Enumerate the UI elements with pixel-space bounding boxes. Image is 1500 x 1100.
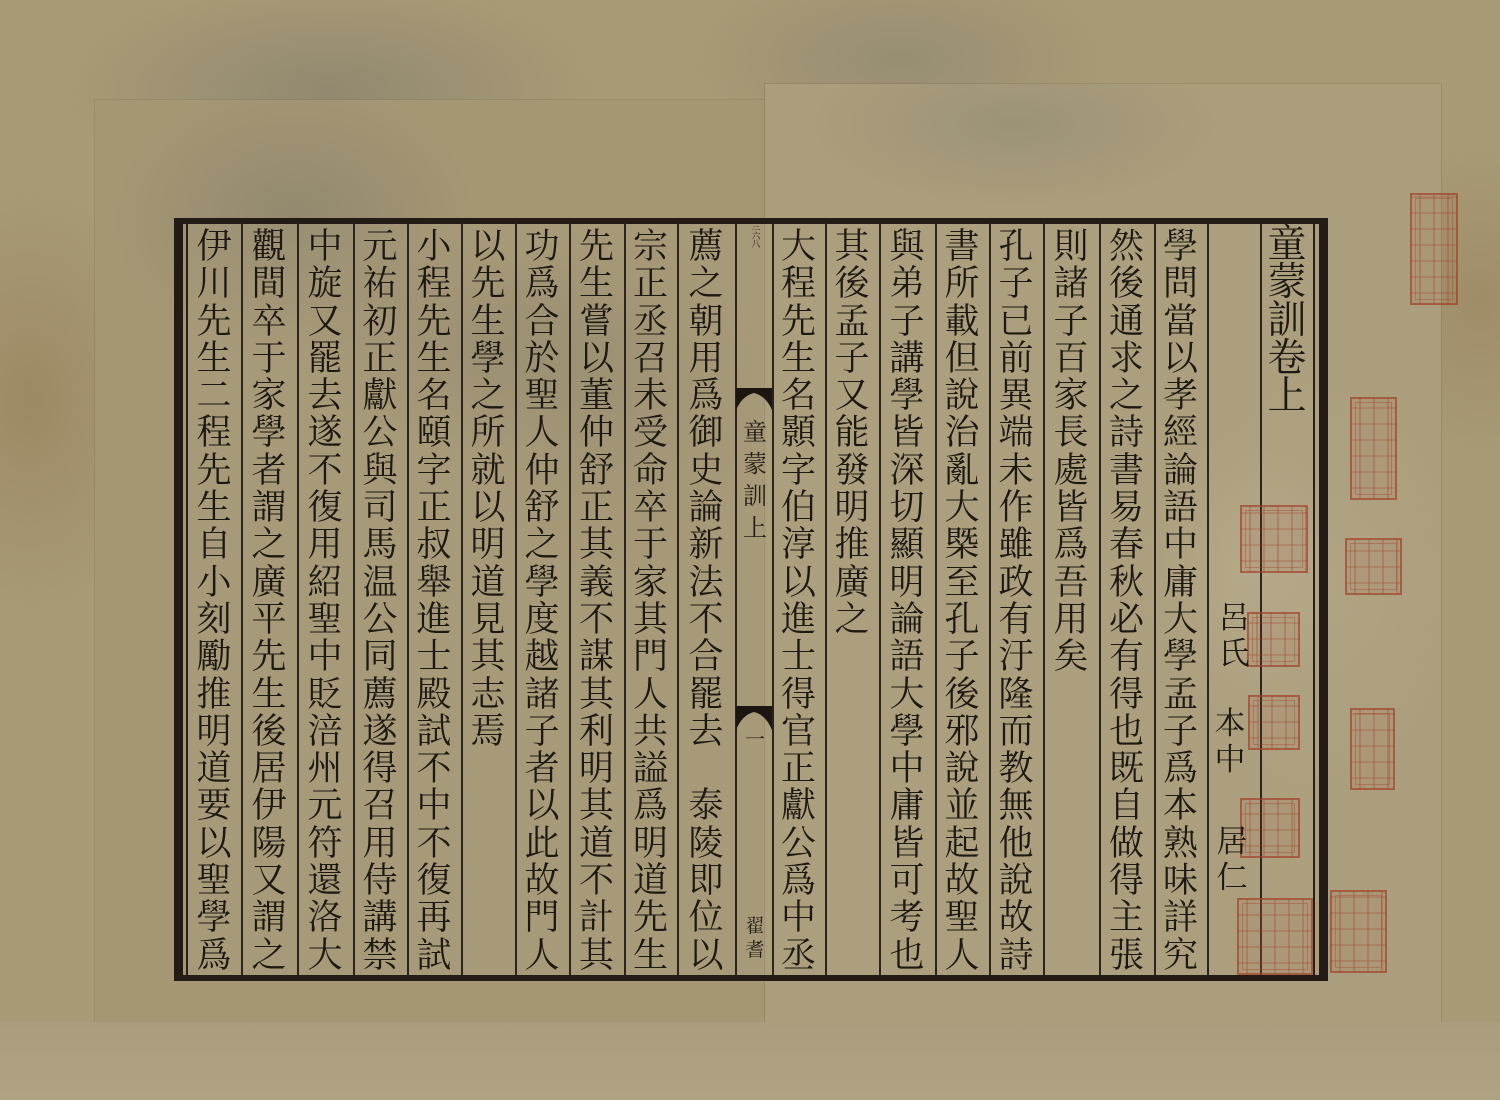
glyph: 正: [569, 490, 624, 527]
glyph: 卒: [624, 490, 677, 527]
glyph: 先: [187, 304, 241, 341]
glyph: 爲: [772, 863, 825, 900]
glyph: 人: [624, 677, 677, 714]
text-column: 小程先生名頤字正叔舉進士殿試不中不復再試: [407, 229, 461, 975]
seal-stamp: [1345, 538, 1402, 595]
glyph: 易: [1099, 490, 1154, 527]
glyph: 可: [879, 863, 935, 900]
glyph: 平: [241, 602, 297, 639]
glyph: 爲: [515, 266, 569, 303]
glyph: 不: [297, 453, 353, 490]
glyph: 義: [569, 565, 624, 602]
glyph: 書: [935, 229, 989, 266]
glyph: 中: [297, 229, 353, 266]
glyph: 子: [935, 639, 989, 676]
glyph: 勵: [187, 639, 241, 676]
glyph: 陵: [677, 826, 735, 863]
seal-stamp: [1330, 890, 1387, 973]
glyph: 所: [461, 415, 515, 452]
glyph: 蒙: [1260, 264, 1314, 302]
glyph: 就: [461, 453, 515, 490]
glyph: 聖: [297, 602, 353, 639]
text-column: 孔子已前異端未作雖政有汙隆而教無他說故詩: [989, 229, 1043, 975]
glyph: 當: [1154, 304, 1207, 341]
glyph: 童: [738, 416, 772, 448]
glyph: 者: [515, 751, 569, 788]
glyph: 旋: [297, 266, 353, 303]
glyph: 深: [879, 453, 935, 490]
glyph: 不: [569, 602, 624, 639]
glyph: 也: [879, 938, 935, 975]
glyph: 他: [989, 826, 1043, 863]
glyph: 無: [989, 788, 1043, 825]
glyph: 處: [1043, 453, 1099, 490]
glyph: 温: [353, 565, 407, 602]
glyph: 中: [1154, 527, 1207, 564]
glyph: 有: [989, 602, 1043, 639]
glyph: 子: [1043, 304, 1099, 341]
glyph: 汙: [989, 639, 1043, 676]
glyph: 以: [515, 788, 569, 825]
glyph: 丞: [624, 304, 677, 341]
glyph: 庸: [1154, 565, 1207, 602]
glyph: 爲: [1154, 751, 1207, 788]
glyph: 未: [989, 453, 1043, 490]
glyph: 復: [297, 490, 353, 527]
glyph: 薦: [677, 229, 735, 266]
glyph: 其: [461, 639, 515, 676]
glyph: 命: [624, 453, 677, 490]
glyph: 元: [297, 788, 353, 825]
banxin-leaf-number: 一: [738, 728, 772, 750]
glyph: 味: [1154, 863, 1207, 900]
glyph: 生: [624, 938, 677, 975]
glyph: 訓: [1260, 302, 1314, 340]
glyph: 利: [569, 714, 624, 751]
glyph: 也: [1099, 714, 1154, 751]
glyph: 孟: [1154, 677, 1207, 714]
glyph: 子: [1154, 714, 1207, 751]
glyph: 得: [1099, 863, 1154, 900]
text-column: 然後通求之詩書易春秋必有得也既自做得主張: [1099, 229, 1154, 975]
glyph: 吾: [1043, 565, 1099, 602]
glyph: 謀: [569, 639, 624, 676]
glyph: 其: [569, 677, 624, 714]
banxin-rule-left: [735, 223, 737, 975]
glyph: 不: [677, 602, 735, 639]
glyph: 獻: [772, 788, 825, 825]
glyph: 共: [624, 714, 677, 751]
seal-stamp: [1410, 193, 1458, 305]
glyph: 又: [297, 304, 353, 341]
glyph: 先: [772, 304, 825, 341]
glyph: 訓: [738, 480, 772, 512]
glyph: 詩: [1099, 415, 1154, 452]
glyph: 門: [624, 639, 677, 676]
glyph: 以: [772, 565, 825, 602]
glyph: 端: [989, 415, 1043, 452]
seal-stamp: [1248, 695, 1300, 750]
glyph: 受: [624, 415, 677, 452]
glyph: 元: [353, 229, 407, 266]
glyph: 起: [935, 826, 989, 863]
glyph: 問: [1154, 266, 1207, 303]
glyph: 舒: [569, 453, 624, 490]
glyph: 名: [772, 378, 825, 415]
glyph: 人: [515, 938, 569, 975]
glyph: 不: [569, 863, 624, 900]
glyph: 自: [1099, 788, 1154, 825]
glyph: 庸: [879, 788, 935, 825]
glyph: 至: [935, 565, 989, 602]
glyph: 正: [772, 751, 825, 788]
glyph: 卒: [241, 304, 297, 341]
glyph: 顯: [879, 527, 935, 564]
author-surname: 呂氏: [1210, 600, 1258, 672]
glyph: 長: [1043, 415, 1099, 452]
glyph: 程: [187, 415, 241, 452]
glyph: 士: [407, 639, 461, 676]
blank-space: [677, 751, 735, 788]
glyph: 秋: [1099, 565, 1154, 602]
glyph: 頤: [407, 415, 461, 452]
glyph: 試: [407, 714, 461, 751]
glyph: 說: [989, 863, 1043, 900]
glyph: 求: [1099, 341, 1154, 378]
glyph: 然: [1099, 229, 1154, 266]
glyph: 學: [241, 415, 297, 452]
glyph: 故: [515, 863, 569, 900]
glyph: 此: [515, 826, 569, 863]
glyph: 與: [879, 229, 935, 266]
glyph: 召: [624, 341, 677, 378]
glyph: 不: [407, 751, 461, 788]
glyph: 位: [677, 900, 735, 937]
glyph: 隆: [989, 677, 1043, 714]
glyph: 卷: [1260, 340, 1314, 378]
glyph: 翟: [740, 914, 770, 938]
glyph: 去: [677, 714, 735, 751]
glyph: 聖: [515, 378, 569, 415]
text-column: 薦之朝用爲御史論新法不合罷去 泰陵即位以: [677, 229, 735, 975]
glyph: 合: [515, 304, 569, 341]
glyph: 殿: [407, 677, 461, 714]
glyph: 間: [241, 266, 297, 303]
glyph: 以: [677, 938, 735, 975]
glyph: 程: [407, 266, 461, 303]
glyph: 爲: [1043, 527, 1099, 564]
glyph: 之: [825, 602, 879, 639]
text-column: 功爲合於聖人仲舒之學度越諸子者以此故門人: [515, 229, 569, 975]
glyph: 以: [569, 341, 624, 378]
glyph: 中: [1206, 742, 1254, 778]
glyph: 于: [624, 527, 677, 564]
glyph: 新: [677, 527, 735, 564]
glyph: 論: [879, 602, 935, 639]
glyph: 詳: [1154, 900, 1207, 937]
glyph: 涪: [297, 714, 353, 751]
glyph: 用: [297, 527, 353, 564]
glyph: 則: [1043, 229, 1099, 266]
glyph: 洛: [297, 900, 353, 937]
glyph: 叔: [407, 527, 461, 564]
glyph: 禁: [353, 938, 407, 975]
glyph: 中: [297, 639, 353, 676]
glyph: 仁: [1208, 860, 1256, 896]
text-column: 中旋又罷去遂不復用紹聖中貶涪州元符還洛大: [297, 229, 353, 975]
glyph: 道: [461, 565, 515, 602]
glyph: 先: [461, 266, 515, 303]
glyph: 朝: [677, 304, 735, 341]
glyph: 廣: [241, 565, 297, 602]
glyph: 論: [677, 490, 735, 527]
glyph: 爲: [677, 378, 735, 415]
glyph: 伯: [772, 490, 825, 527]
glyph: 後: [825, 266, 879, 303]
glyph: 去: [297, 378, 353, 415]
glyph: 生: [569, 266, 624, 303]
glyph: 用: [1043, 602, 1099, 639]
book-spread: 童蒙訓卷上 呂氏 本中 居仁 學問當以孝經論語中庸大學孟子爲本熟味詳究 然後通求…: [0, 0, 1500, 1100]
glyph: 學: [1154, 639, 1207, 676]
glyph: 祐: [353, 266, 407, 303]
glyph: 觀: [241, 229, 297, 266]
glyph: 先: [241, 639, 297, 676]
glyph: 士: [772, 639, 825, 676]
glyph: 用: [353, 826, 407, 863]
glyph: 亂: [935, 453, 989, 490]
glyph: 生: [241, 677, 297, 714]
glyph: 教: [989, 751, 1043, 788]
glyph: 中: [407, 788, 461, 825]
glyph: 人: [935, 938, 989, 975]
glyph: 張: [1099, 938, 1154, 975]
glyph: 再: [407, 900, 461, 937]
glyph: 經: [1154, 415, 1207, 452]
glyph: 以: [187, 826, 241, 863]
glyph: 人: [515, 415, 569, 452]
glyph: 還: [297, 863, 353, 900]
glyph: 試: [407, 938, 461, 975]
glyph: 正: [407, 490, 461, 527]
text-column: 伊川先生二程先生自小刻勵推明道要以聖學爲: [187, 229, 241, 975]
text-column: 觀間卒于家學者謂之廣平先生後居伊陽又謂之: [241, 229, 297, 975]
glyph: 紹: [297, 565, 353, 602]
text-column: 與弟子講學皆深切顯明論語大學中庸皆可考也: [879, 229, 935, 975]
glyph: 明: [461, 527, 515, 564]
glyph: 以: [1154, 341, 1207, 378]
glyph: 呂: [1210, 600, 1258, 636]
glyph: 符: [297, 826, 353, 863]
glyph: 于: [241, 341, 297, 378]
glyph: 嘗: [569, 304, 624, 341]
glyph: 弟: [879, 266, 935, 303]
mounting-paper-bottom: [0, 1022, 1500, 1100]
glyph: 見: [461, 602, 515, 639]
glyph: 二: [187, 378, 241, 415]
banxin-carver-name: 翟耆: [740, 914, 770, 962]
text-column: 其後孟子又能發明推廣之: [825, 229, 879, 639]
glyph: 得: [772, 677, 825, 714]
glyph: 陽: [241, 826, 297, 863]
glyph: 官: [772, 714, 825, 751]
glyph: 其: [569, 527, 624, 564]
glyph: 字: [407, 453, 461, 490]
glyph: 又: [241, 863, 297, 900]
seal-stamp: [1350, 397, 1397, 500]
text-column: 學問當以孝經論語中庸大學孟子爲本熟味詳究: [1154, 229, 1207, 975]
glyph: 薦: [353, 677, 407, 714]
glyph: 生: [187, 341, 241, 378]
glyph: 小: [407, 229, 461, 266]
glyph: 子: [879, 304, 935, 341]
glyph: 罷: [297, 341, 353, 378]
glyph: 罷: [677, 677, 735, 714]
seal-stamp: [1350, 708, 1395, 790]
glyph: 者: [241, 453, 297, 490]
glyph: 熟: [1154, 826, 1207, 863]
seal-stamp: [1240, 505, 1308, 573]
glyph: 既: [1099, 751, 1154, 788]
glyph: 後: [935, 677, 989, 714]
text-column: 則諸子百家長處皆爲吾用矣: [1043, 229, 1099, 677]
glyph: 生: [407, 341, 461, 378]
glyph: 先: [624, 900, 677, 937]
glyph: 蒙: [738, 448, 772, 480]
glyph: 邪: [935, 714, 989, 751]
glyph: 焉: [461, 714, 515, 751]
glyph: 得: [353, 751, 407, 788]
glyph: 生: [187, 490, 241, 527]
glyph: 先: [569, 229, 624, 266]
glyph: 說: [935, 378, 989, 415]
glyph: 但: [935, 341, 989, 378]
glyph: 大: [772, 229, 825, 266]
glyph: 復: [407, 863, 461, 900]
glyph: 之: [1099, 378, 1154, 415]
glyph: 舒: [515, 490, 569, 527]
glyph: 其: [825, 229, 879, 266]
glyph: 詩: [989, 938, 1043, 975]
glyph: 謂: [241, 900, 297, 937]
glyph: 淳: [772, 527, 825, 564]
glyph: 其: [569, 938, 624, 975]
glyph: 後: [241, 714, 297, 751]
glyph: 論: [1154, 453, 1207, 490]
glyph: 之: [241, 938, 297, 975]
glyph: 馬: [353, 527, 407, 564]
glyph: 小: [187, 565, 241, 602]
glyph: 刻: [187, 602, 241, 639]
glyph: 孟: [825, 304, 879, 341]
glyph: 故: [935, 863, 989, 900]
glyph: 大: [879, 677, 935, 714]
glyph: 司: [353, 490, 407, 527]
glyph: 上: [738, 512, 772, 544]
glyph: 異: [989, 378, 1043, 415]
glyph: 爲: [187, 938, 241, 975]
glyph: 先: [407, 304, 461, 341]
glyph: 大: [297, 938, 353, 975]
glyph: 即: [677, 863, 735, 900]
glyph: 進: [772, 602, 825, 639]
glyph: 百: [1043, 341, 1099, 378]
seal-stamp: [1237, 898, 1313, 975]
glyph: 生: [772, 341, 825, 378]
text-column: 以先生學之所就以明道見其志焉: [461, 229, 515, 751]
glyph: 居: [1208, 824, 1256, 860]
glyph: 合: [677, 639, 735, 676]
glyph: 道: [187, 751, 241, 788]
glyph: 諸: [1043, 266, 1099, 303]
glyph: 切: [879, 490, 935, 527]
glyph: 顥: [772, 415, 825, 452]
glyph: 並: [935, 788, 989, 825]
glyph: 公: [353, 602, 407, 639]
glyph: 遂: [353, 714, 407, 751]
glyph: 先: [187, 453, 241, 490]
glyph: 治: [935, 415, 989, 452]
glyph: 得: [1099, 677, 1154, 714]
glyph: 推: [187, 677, 241, 714]
glyph: 家: [241, 378, 297, 415]
glyph: 書: [1099, 453, 1154, 490]
glyph: 大: [1154, 602, 1207, 639]
glyph: 其: [624, 602, 677, 639]
glyph: 道: [569, 826, 624, 863]
glyph: 明: [187, 714, 241, 751]
text-column: 元祐初正獻公與司馬温公同薦遂得召用侍講禁: [353, 229, 407, 975]
glyph: 聖: [187, 863, 241, 900]
glyph: 要: [187, 788, 241, 825]
glyph: 御: [677, 415, 735, 452]
glyph: 度: [515, 602, 569, 639]
glyph: 有: [1099, 639, 1154, 676]
glyph: 居: [241, 751, 297, 788]
glyph: 川: [187, 266, 241, 303]
glyph: 以: [461, 229, 515, 266]
glyph: 孝: [1154, 378, 1207, 415]
glyph: 矣: [1043, 639, 1099, 676]
glyph: 後: [1099, 266, 1154, 303]
glyph: 舉: [407, 565, 461, 602]
glyph: 皆: [879, 415, 935, 452]
glyph: 作: [989, 490, 1043, 527]
glyph: 政: [989, 565, 1043, 602]
glyph: 丞: [772, 938, 825, 975]
glyph: 公: [772, 826, 825, 863]
text-column: 宗正丞召未受命卒于家其門人共謚爲明道先生: [624, 229, 677, 975]
glyph: 又: [825, 378, 879, 415]
text-column: 書所載但說治亂大槩至孔子後邪說並起故聖人: [935, 229, 989, 975]
glyph: 孔: [989, 229, 1043, 266]
author-given-name: 本中: [1206, 706, 1254, 778]
glyph: 伊: [241, 788, 297, 825]
glyph: 自: [187, 527, 241, 564]
glyph: 槩: [935, 527, 989, 564]
glyph: 門: [515, 900, 569, 937]
glyph: 中: [879, 751, 935, 788]
glyph: 之: [515, 527, 569, 564]
glyph: 皆: [1043, 490, 1099, 527]
glyph: 初: [353, 304, 407, 341]
glyph: 正: [353, 341, 407, 378]
glyph: 志: [461, 677, 515, 714]
glyph: 道: [624, 863, 677, 900]
glyph: 家: [624, 565, 677, 602]
glyph: 學: [515, 565, 569, 602]
glyph: 耆: [740, 938, 770, 962]
